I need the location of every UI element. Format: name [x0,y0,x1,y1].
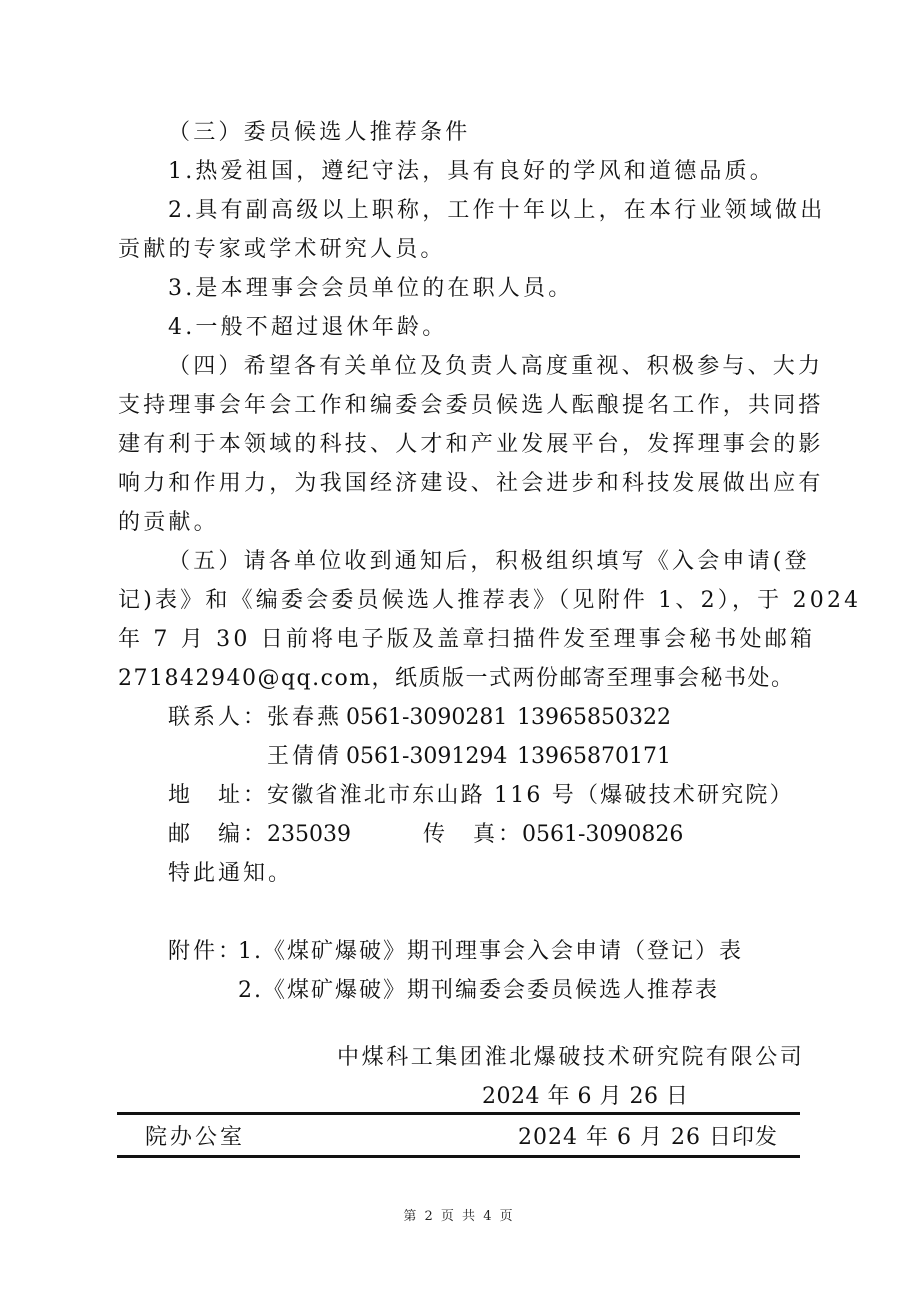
contact-phone-2: 0561-3091294 [346,742,507,772]
signature-organization: 中煤科工集团淮北爆破技术研究院有限公司 [337,1043,804,1073]
footer-rule-top [117,1112,800,1115]
postcode-label: 邮 编： [168,820,268,850]
section4-line-1: （四）希望各有关单位及负责人高度重视、积极参与、大力 [168,352,798,382]
document-page: （三）委员候选人推荐条件 1.热爱祖国，遵纪守法，具有良好的学风和道德品质。 2… [0,0,918,1298]
attachment-item-2: 2.《煤矿爆破》期刊编委会委员候选人推荐表 [238,976,719,1006]
section3-heading: （三）委员候选人推荐条件 [168,118,798,148]
closing-line: 特此通知。 [168,859,293,889]
contact-label: 联系人： [168,703,268,733]
section3-item-4: 4.一般不超过退休年龄。 [168,313,798,343]
issue-row: 院办公室 2024 年 6 月 26 日印发 [118,1123,798,1153]
section5-line-2: 记)表》和《编委会委员候选人推荐表》（见附件 1、2），于 2024 [118,586,798,616]
fax-value: 0561-3090826 [522,820,683,850]
section3-item-1: 1.热爱祖国，遵纪守法，具有良好的学风和道德品质。 [168,157,798,187]
section5-line-3: 年 7 月 30 日前将电子版及盖章扫描件发至理事会秘书处邮箱 [118,625,798,655]
issuing-office: 院办公室 [145,1123,245,1153]
contact-phone-1: 0561-3090281 [346,703,507,733]
section5-line-1: （五）请各单位收到通知后，积极组织填写《入会申请(登 [168,547,798,577]
section4-line-4: 响力和作用力，为我国经济建设、社会进步和科技发展做出应有 [118,469,798,499]
address-value: 安徽省淮北市东山路 116 号（爆破技术研究院） [267,781,794,811]
contact-mobile-2: 13965870171 [517,742,671,772]
section3-item-3: 3.是本理事会会员单位的在职人员。 [168,274,798,304]
contact-mobile-1: 13965850322 [517,703,671,733]
section5-line-4: 271842940@qq.com，纸质版一式两份邮寄至理事会秘书处。 [118,664,798,694]
address-label: 地 址： [168,781,268,811]
attachments-label: 附件： [168,937,243,967]
fax-label: 传 真： [423,820,523,850]
issue-date: 2024 年 6 月 26 日印发 [518,1123,778,1153]
signature-date: 2024 年 6 月 26 日 [482,1082,688,1112]
footer-rule-bottom [117,1155,800,1158]
section4-line-3: 建有利于本领域的科技、人才和产业发展平台，发挥理事会的影 [118,430,798,460]
section3-item-2: 2.具有副高级以上职称，工作十年以上，在本行业领域做出 [168,196,798,226]
section3-item-2-cont: 贡献的专家或学术研究人员。 [118,235,798,265]
attachment-item-1: 1.《煤矿爆破》期刊理事会入会申请（登记）表 [238,937,743,967]
section4-line-5: 的贡献。 [118,508,798,538]
contact-name-2: 王倩倩 [267,742,342,772]
contact-name-1: 张春燕 [267,703,342,733]
page-number: 第 2 页 共 4 页 [0,1205,918,1224]
section4-line-2: 支持理事会年会工作和编委会委员候选人酝酿提名工作，共同搭 [118,391,798,421]
postcode-value: 235039 [267,820,351,850]
